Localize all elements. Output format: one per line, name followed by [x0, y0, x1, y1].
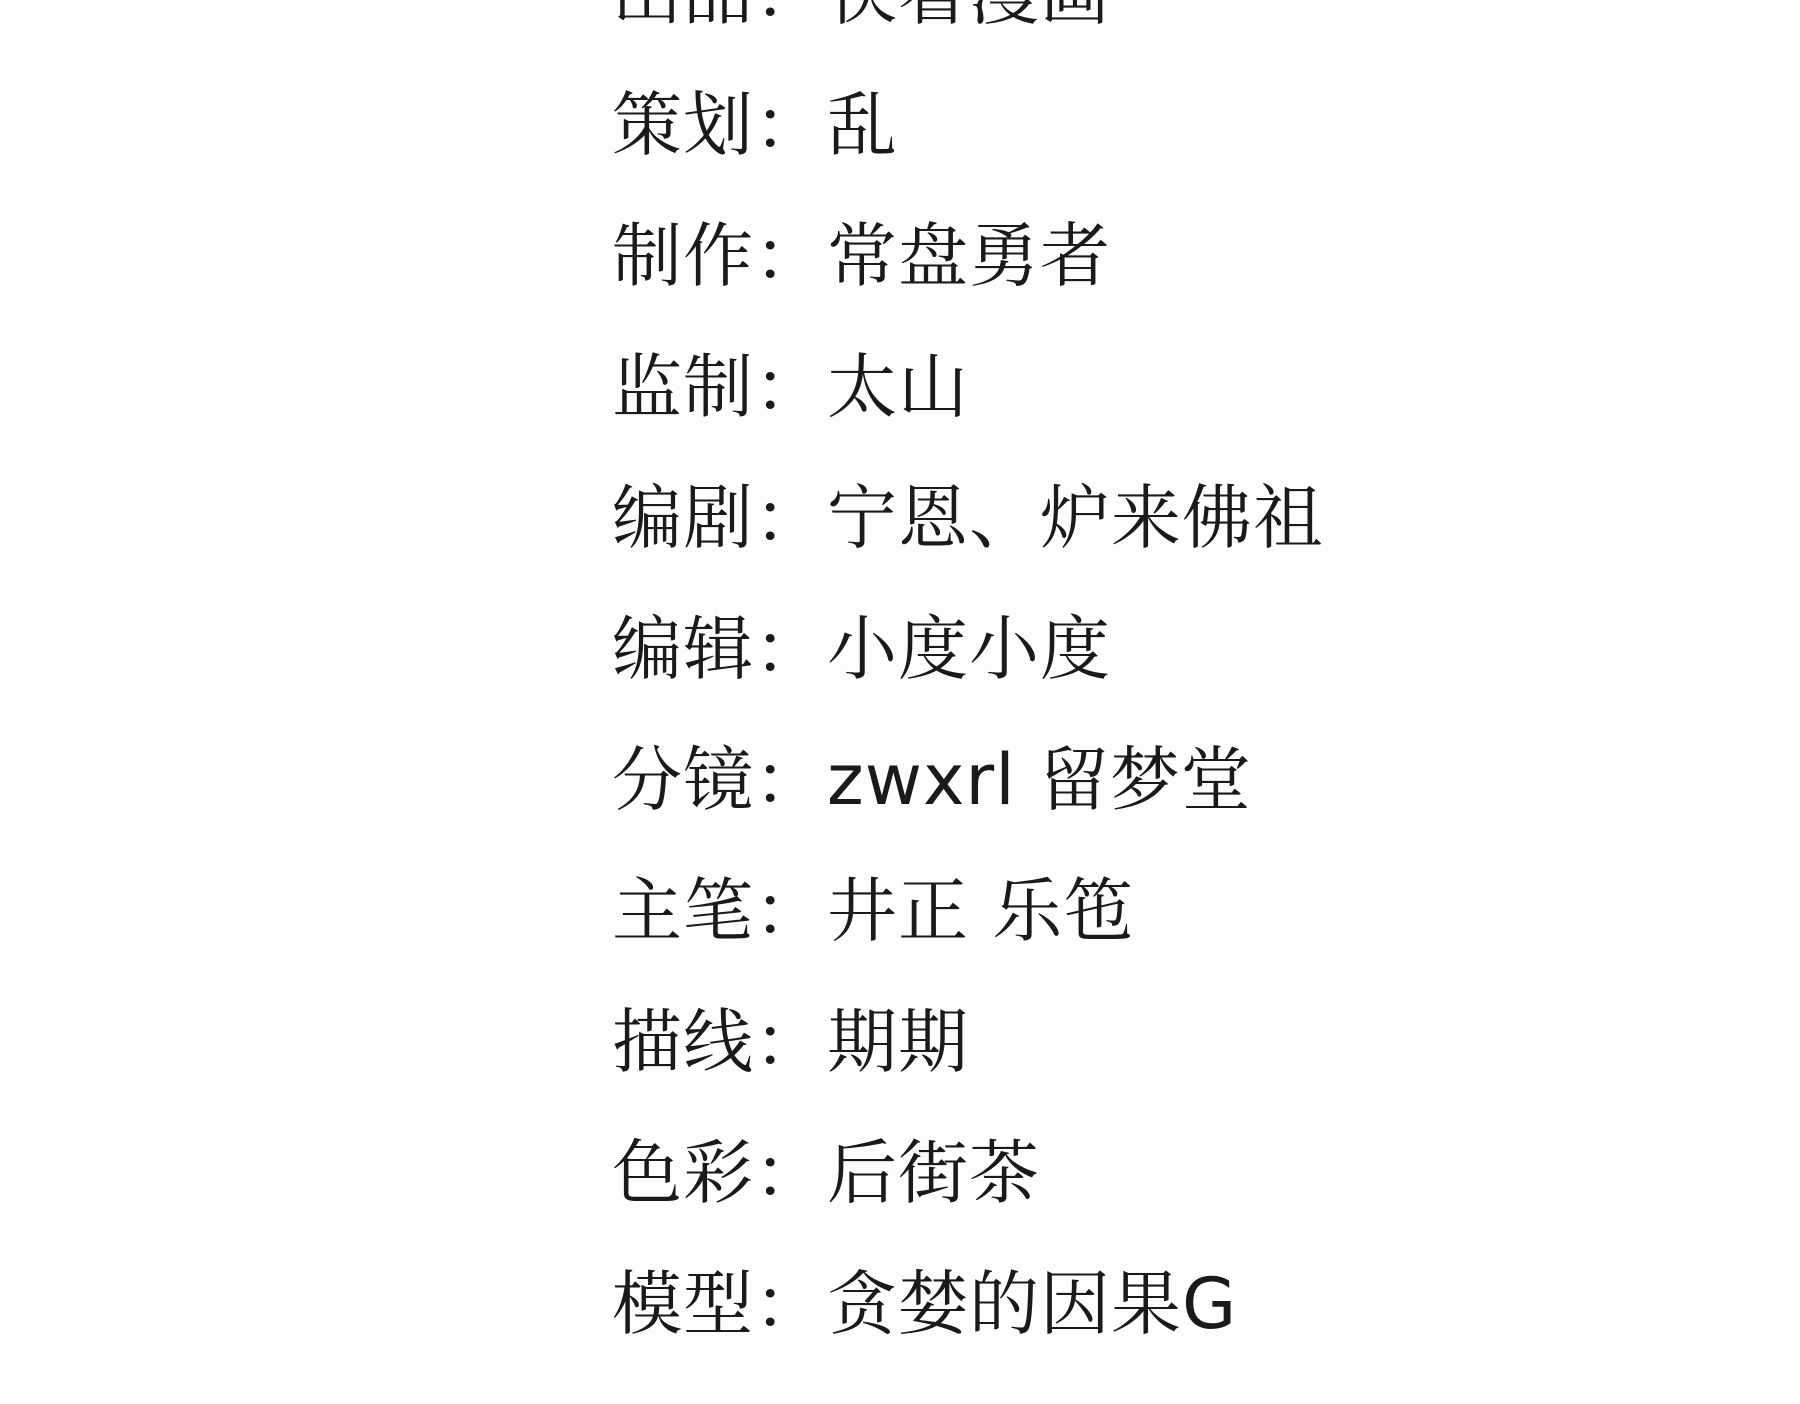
- credit-row-cehua: 策划： 乱: [612, 59, 1324, 190]
- credit-name: 乱: [825, 90, 898, 160]
- credit-name: 贪婪的因果G: [825, 1269, 1237, 1339]
- credit-name: 快看漫画: [825, 0, 1111, 29]
- credit-role: 策划：: [612, 90, 825, 160]
- credit-name: 期期: [825, 1007, 969, 1077]
- credit-role: 编辑：: [612, 614, 825, 684]
- credit-role: 色彩：: [612, 1138, 825, 1208]
- credit-role: 编剧：: [612, 483, 825, 553]
- credit-row-miaoxian: 描线： 期期: [612, 976, 1324, 1107]
- credit-role: 描线：: [612, 1007, 825, 1077]
- credit-row-bianju: 编剧： 宁恩、炉来佛祖: [612, 452, 1324, 583]
- credit-name: 常盘勇者: [825, 221, 1111, 291]
- credit-role: 分镜：: [612, 745, 825, 815]
- credit-name: zwxrl 留梦堂: [825, 745, 1252, 815]
- credit-role: 模型：: [612, 1269, 825, 1339]
- credit-name: 井正 乐竾: [825, 876, 1134, 946]
- credit-name: 太山: [825, 352, 969, 422]
- credit-row-zhubi: 主笔： 井正 乐竾: [612, 845, 1324, 976]
- credit-name: 后街茶: [825, 1138, 1040, 1208]
- credit-row-moxing: 模型： 贪婪的因果G: [612, 1238, 1324, 1369]
- credit-row-fenjing: 分镜： zwxrl 留梦堂: [612, 714, 1324, 845]
- credit-role: 出品：: [612, 0, 825, 29]
- credit-name: 小度小度: [825, 614, 1111, 684]
- credit-row-zhizuo: 制作： 常盘勇者: [612, 190, 1324, 321]
- credit-role: 制作：: [612, 221, 825, 291]
- credit-role: 监制：: [612, 352, 825, 422]
- credits-page: 出品： 快看漫画 策划： 乱 制作： 常盘勇者 监制： 太山 编剧： 宁恩、炉来…: [0, 0, 1800, 1404]
- credits-list: 出品： 快看漫画 策划： 乱 制作： 常盘勇者 监制： 太山 编剧： 宁恩、炉来…: [612, 0, 1324, 1369]
- credit-row-bianji: 编辑： 小度小度: [612, 583, 1324, 714]
- credit-row-chupin: 出品： 快看漫画: [612, 0, 1324, 59]
- credit-name: 宁恩、炉来佛祖: [825, 483, 1324, 553]
- credit-role: 主笔：: [612, 876, 825, 946]
- credit-row-jianzhi: 监制： 太山: [612, 321, 1324, 452]
- credit-row-secai: 色彩： 后街茶: [612, 1107, 1324, 1238]
